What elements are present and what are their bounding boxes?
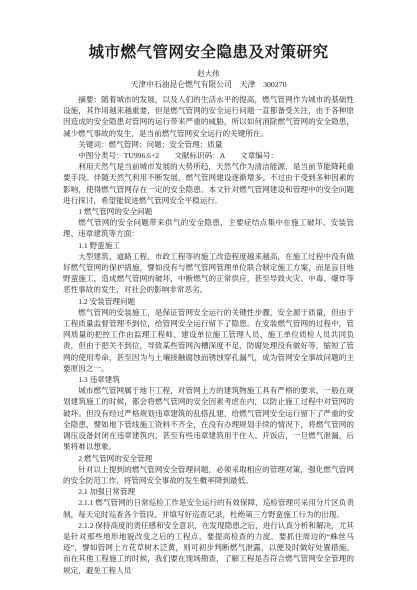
paper-title: 城市燃气管网安全隐患及对策研究 <box>63 42 354 64</box>
section-2-heading: 2 燃气管网的安全管理 <box>63 453 354 464</box>
paper-body: 摘要：随着城市的发展，以及人们的生活水平的提高，燃气管网作为城市的基础性设施，其… <box>63 94 354 576</box>
section-2-paragraph: 针对以上提到的燃气管网安全管理问题，必须采取相应的管理对策，强化燃气管网的安全防… <box>63 464 354 486</box>
section-1-3-heading: 1.3 违章建筑 <box>63 374 354 385</box>
section-2-1-heading: 2.1 加强日常管理 <box>63 486 354 497</box>
intro-paragraph: 利用天然气是当前城市发展的大势所趋，天然气作为清洁能源，是当前节能降耗重要手段。… <box>63 161 354 206</box>
abstract-paragraph: 摘要：随着城市的发展，以及人们的生活水平的提高，燃气管网作为城市的基础性设施，其… <box>63 94 354 139</box>
section-2-1-2-paragraph: 2.1.2 保持高度的责任感和安全意识，在发现隐患之后，进行认真分析和解决，尤其… <box>63 520 354 576</box>
section-1-3-paragraph: 城市燃气管网属于地下工程，对管网上方的建筑物施工具有严格的要求，一般在规划建筑施… <box>63 385 354 452</box>
keywords-line: 关键词：燃气管网；问题；安全管理；质量 <box>63 139 354 150</box>
section-1-2-heading: 1.2 安装管理问题 <box>63 296 354 307</box>
section-1-1-heading: 1.1 野蛮施工 <box>63 240 354 251</box>
section-1-1-paragraph: 大型建筑、道路工程、市政工程等的施工改造程度越来越高，在施工过程中没有做好燃气管… <box>63 251 354 296</box>
section-2-1-1-paragraph: 2.1.1 燃气管网的日常巡检工作是安全运行的有效保障，巡检管理可采用分片区负责… <box>63 497 354 519</box>
section-1-2-paragraph: 燃气管网的安装施工，是保证管网安全运行的关键性步骤，安全源于质量，但由于工程质量… <box>63 307 354 374</box>
classification-line: 中图分类号：TU996.6+2 文献标识码：A 文章编号： <box>63 150 354 161</box>
paper-page: 城市燃气管网安全隐患及对策研究 赵大伟 天津中石油昆仑燃气有限公司 天津 300… <box>0 0 417 590</box>
section-1-paragraph: 燃气管网的安全问题带来供气的安全隐患，主要症结点集中在施工破坏、安装管理、违章建… <box>63 217 354 239</box>
author-affiliation: 天津中石油昆仑燃气有限公司 天津 300270 <box>63 79 354 90</box>
author-name: 赵大伟 <box>63 68 354 79</box>
section-1-heading: 1 燃气管网的安全问题 <box>63 206 354 217</box>
